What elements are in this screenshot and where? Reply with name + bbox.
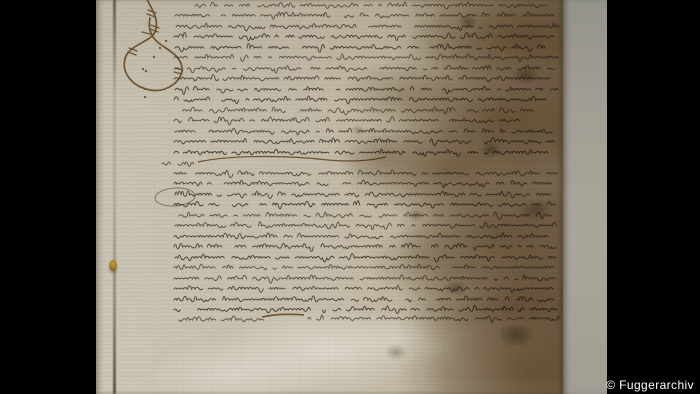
flourish-ink-dots — [143, 41, 166, 97]
closing-dash-stroke — [262, 314, 304, 317]
handwritten-text-line — [174, 285, 553, 292]
water-stain-overlay — [96, 0, 563, 394]
handwritten-text-line — [195, 2, 547, 9]
line-end-swash — [198, 157, 386, 163]
handwritten-text-line — [175, 128, 552, 135]
handwritten-text-line — [174, 117, 519, 125]
handwritten-text-line — [174, 180, 558, 188]
fold-crease — [113, 0, 116, 394]
mat-edge-strip — [563, 0, 607, 394]
handwritten-text-line — [174, 54, 558, 62]
handwritten-text-line — [175, 12, 554, 19]
handwritten-text-line — [174, 233, 548, 239]
handwritten-text-line — [183, 107, 534, 115]
manuscript-photo — [96, 0, 607, 394]
flourish-loop — [124, 0, 182, 90]
handwritten-text-line — [308, 315, 560, 322]
handwritten-text-line — [176, 23, 559, 31]
handwritten-text-line — [175, 191, 558, 199]
handwritten-text-line — [179, 212, 552, 219]
handwritten-text-line — [174, 149, 548, 156]
handwritten-text-line — [175, 65, 554, 73]
handwritten-text-line — [174, 75, 550, 82]
flourish-tick-marks — [128, 10, 183, 74]
handwritten-text-line — [174, 243, 556, 251]
handwriting-lines — [162, 2, 560, 322]
parchment-page — [96, 0, 563, 394]
handwritten-text-line — [174, 306, 557, 314]
handwritten-text-line — [174, 170, 557, 178]
handwritten-text-line — [174, 296, 554, 302]
notarial-flourish-drawing — [124, 0, 183, 97]
handwritten-text-line — [175, 86, 558, 94]
handwriting-layer — [96, 0, 563, 394]
photo-frame: © Fuggerarchiv — [0, 0, 700, 394]
stain-mottling — [96, 0, 563, 394]
copyright-credit: © Fuggerarchiv — [606, 379, 694, 391]
handwritten-text-line — [174, 33, 554, 41]
handwritten-text-line — [174, 264, 554, 270]
handwritten-text-line — [175, 222, 556, 230]
circled-word-annotation — [154, 187, 195, 208]
handwritten-text-line — [175, 254, 556, 262]
wax-spot — [109, 260, 117, 271]
handwritten-text-line — [162, 162, 194, 166]
handwritten-text-line — [179, 316, 264, 322]
handwritten-text-line — [174, 138, 555, 146]
handwritten-text-line — [175, 44, 551, 53]
handwritten-text-line — [174, 201, 555, 209]
handwritten-text-line — [174, 275, 555, 283]
handwritten-text-line — [174, 96, 546, 104]
